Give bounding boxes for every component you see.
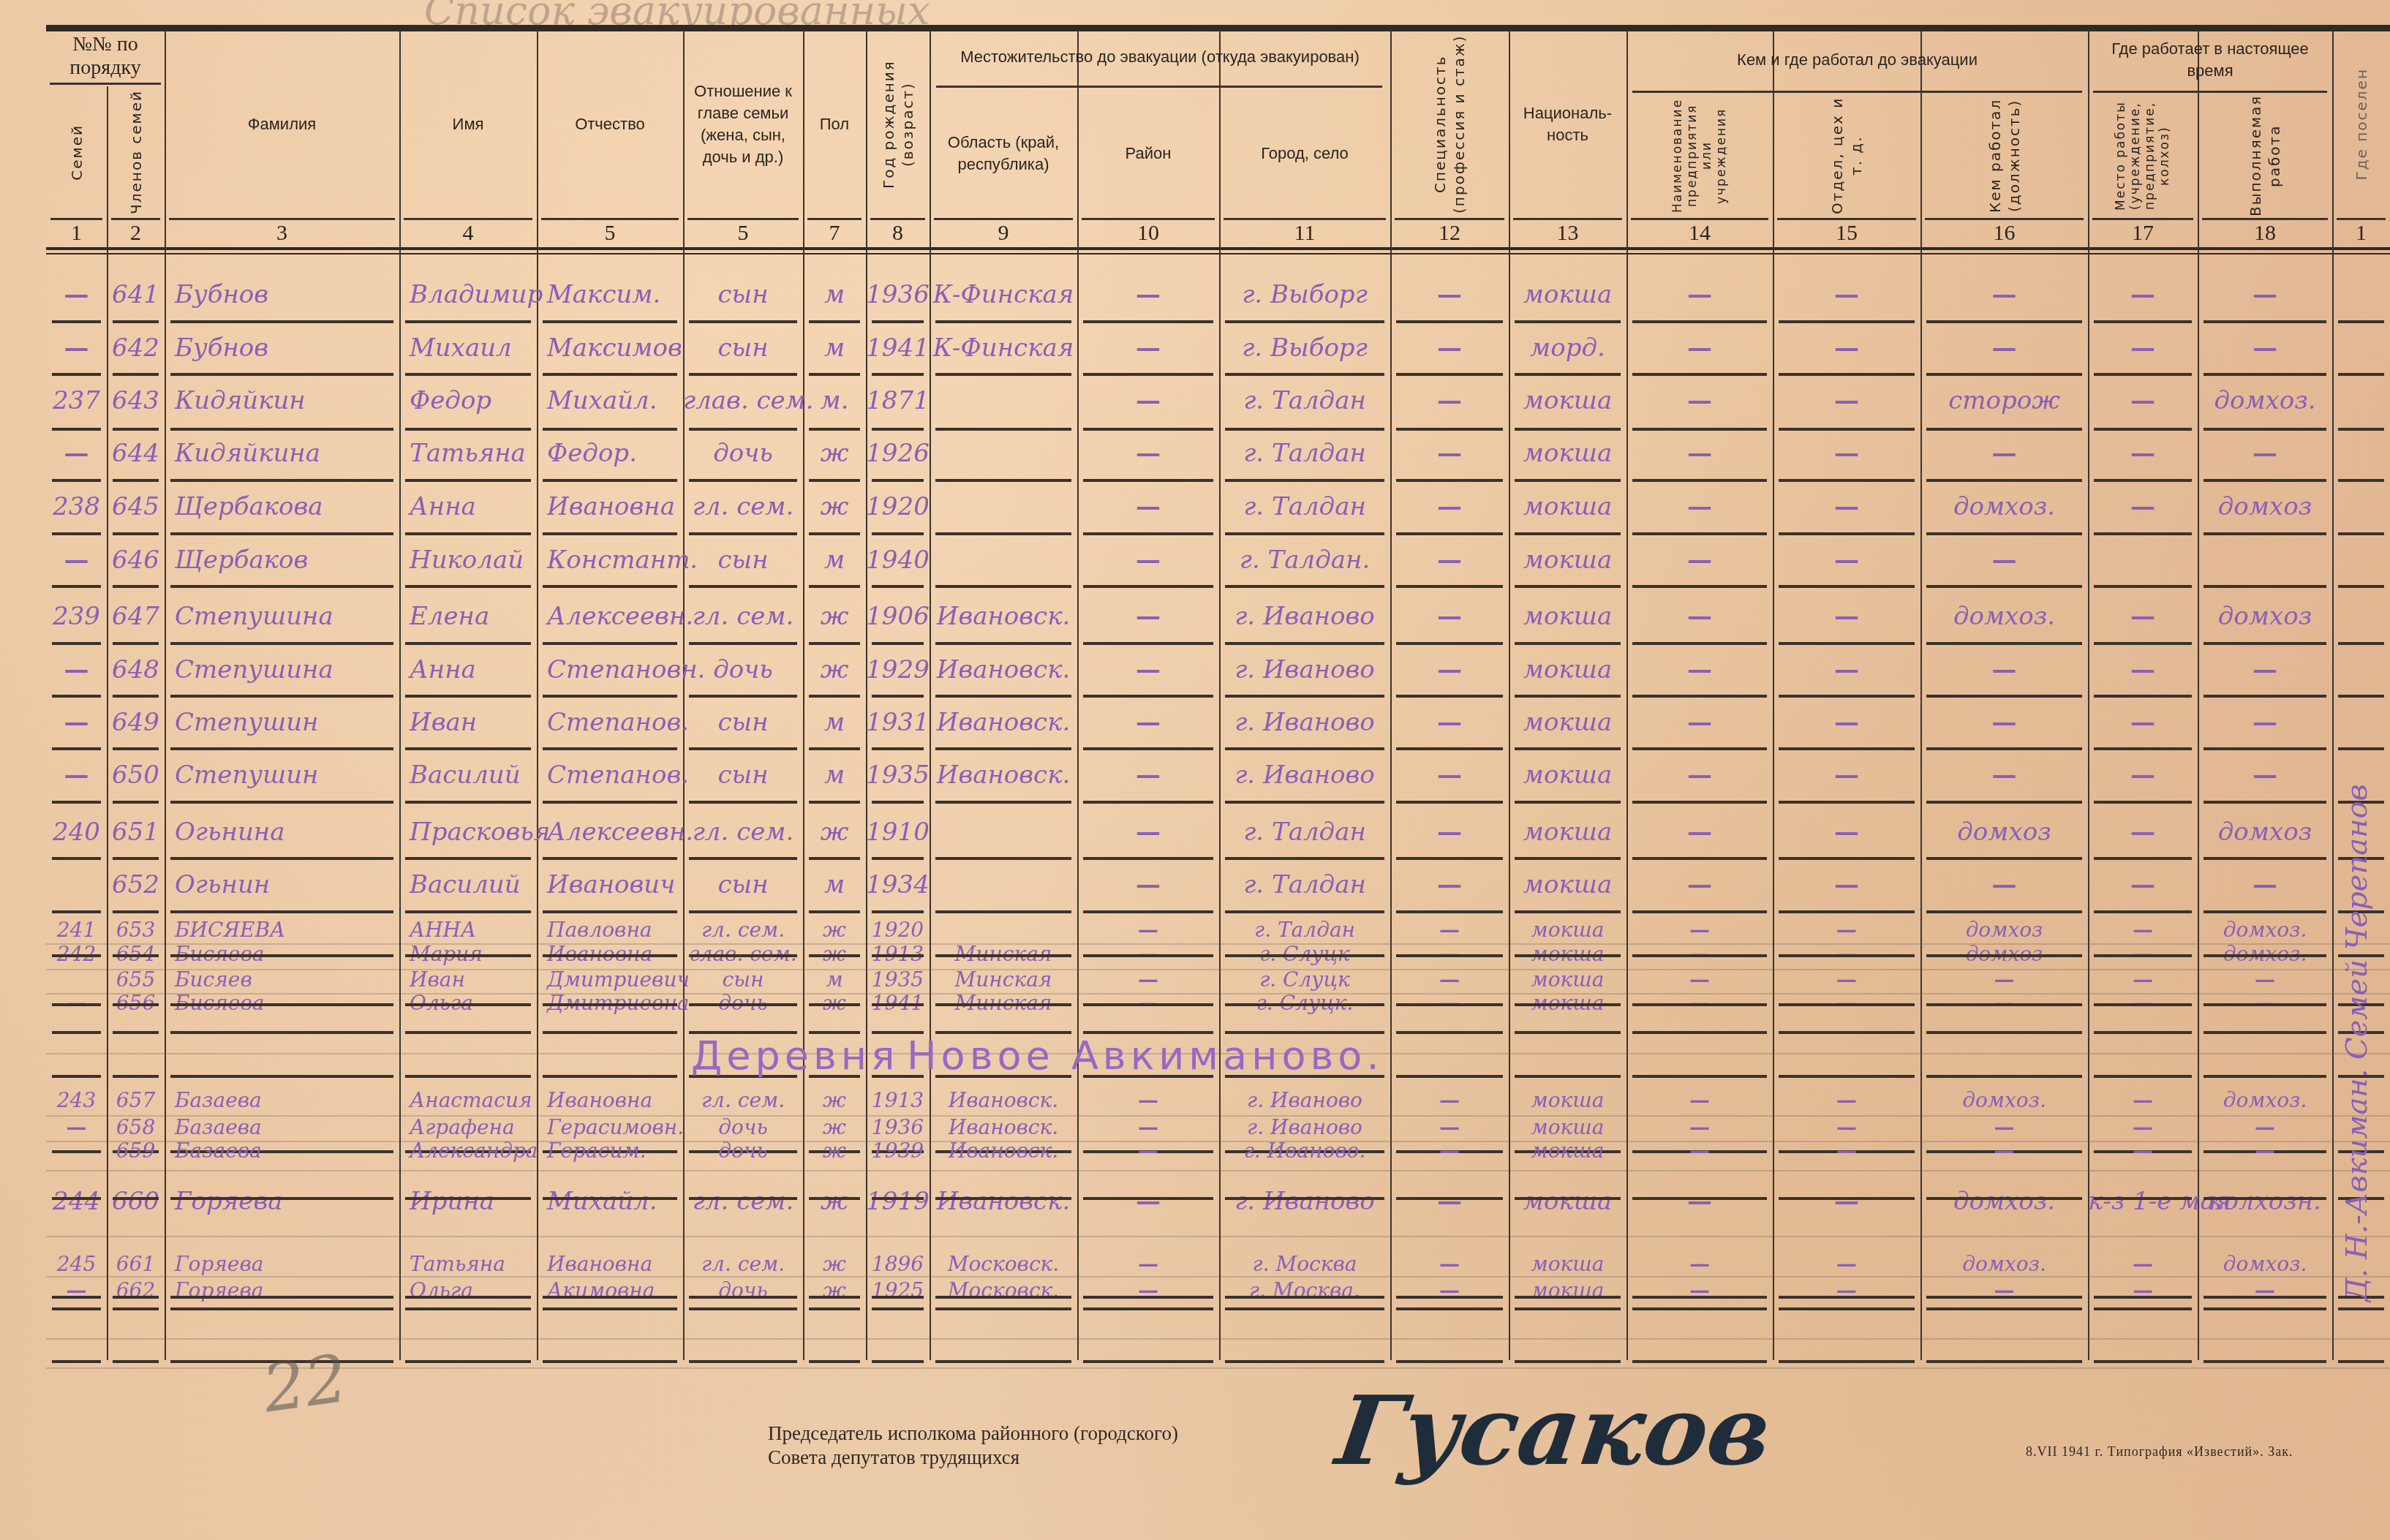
- row-underline: [113, 320, 159, 323]
- cell-dept: —: [1773, 602, 1920, 631]
- column-number: 17: [2088, 221, 2198, 247]
- cell-relation: гл. сем.: [683, 1187, 803, 1216]
- row-underline: [809, 1003, 860, 1006]
- cell-name: Татьяна: [399, 1250, 547, 1279]
- header-col-17: Место работы (учреждение, предприятие, к…: [2088, 94, 2198, 218]
- cell-patronymic: Михайл.: [537, 386, 693, 415]
- cell-dept: —: [1773, 1187, 1920, 1216]
- row-underline: [405, 801, 531, 804]
- cell-sex: ж: [803, 818, 866, 847]
- row-underline: [809, 1307, 860, 1310]
- row-underline: [1396, 1003, 1503, 1006]
- row-underline: [1926, 1197, 2082, 1200]
- row-underline: [2094, 1307, 2192, 1310]
- cell-surname: Степушин: [165, 760, 410, 790]
- row-underline: [52, 1031, 101, 1034]
- row-underline: [2338, 1307, 2384, 1310]
- cell-sex: м: [803, 708, 866, 737]
- cell-relation: гл. сем.: [683, 492, 803, 521]
- cell-workplace: —: [2088, 492, 2198, 521]
- row-underline: [872, 1003, 924, 1006]
- cell-dept: —: [1773, 1276, 1920, 1305]
- cell-dept: —: [1773, 492, 1920, 521]
- cell-name: Елена: [399, 602, 547, 631]
- row-underline: [1926, 642, 2082, 645]
- cell-patronymic: Констант.: [537, 546, 693, 575]
- footer-chairman-line1: Председатель исполкома районного (городс…: [768, 1422, 1178, 1445]
- cell-dept: —: [1773, 818, 1920, 847]
- header-col-8: Год рождения (возраст): [866, 31, 930, 218]
- cell-nationality: мокша: [1509, 1086, 1626, 1115]
- row-underline: [872, 320, 924, 323]
- row-underline: [872, 479, 924, 482]
- header-col-4: Имя: [399, 31, 537, 218]
- colnum-rule: [1513, 218, 1622, 220]
- cell-dept: —: [1773, 1250, 1920, 1279]
- row-underline: [52, 695, 101, 698]
- row-underline: [170, 373, 393, 376]
- cell-year: 1926: [866, 439, 930, 468]
- row-underline: [2094, 857, 2192, 860]
- row-underline: [1779, 954, 1915, 957]
- row-underline: [170, 532, 393, 535]
- colnum-rule: [2337, 218, 2386, 220]
- cell-member: 647: [107, 602, 165, 631]
- cell-position: домхоз.: [1920, 1086, 2088, 1115]
- row-underline: [1083, 320, 1213, 323]
- cell-workplace: —: [2088, 818, 2198, 847]
- cell-nationality: мокша: [1509, 1276, 1626, 1305]
- row-underline: [809, 1296, 860, 1299]
- cell-member: 657: [107, 1086, 165, 1115]
- row-underline: [2204, 320, 2326, 323]
- cell-name: Прасковья: [399, 818, 547, 847]
- row-underline: [1396, 1307, 1503, 1310]
- cell-specialty: —: [1390, 280, 1509, 309]
- row-underline: [405, 320, 531, 323]
- faint-ruling-line: [46, 1170, 2390, 1171]
- cell-enterprise: —: [1626, 439, 1773, 468]
- row-underline: [809, 857, 860, 860]
- row-underline: [405, 428, 531, 431]
- column-number: 12: [1390, 221, 1509, 247]
- cell-enterprise: —: [1626, 546, 1773, 575]
- row-underline: [2204, 954, 2326, 957]
- cell-name: Анна: [399, 655, 547, 684]
- column-number: 2: [107, 221, 165, 247]
- row-underline: [405, 1307, 531, 1310]
- cell-name: Владимир: [399, 280, 547, 309]
- row-underline: [170, 1307, 393, 1310]
- row-underline: [52, 1003, 101, 1006]
- row-underline: [52, 428, 101, 431]
- row-underline: [52, 532, 101, 535]
- row-underline: [1926, 532, 2082, 535]
- cell-patronymic: Степанов.: [537, 760, 693, 790]
- cell-dept: —: [1773, 655, 1920, 684]
- row-underline: [543, 857, 677, 860]
- cell-patronymic: Максимов: [537, 333, 693, 363]
- cell-enterprise: —: [1626, 492, 1773, 521]
- cell-nationality: мокша: [1509, 1187, 1626, 1216]
- cell-member: 646: [107, 546, 165, 575]
- cell-region: К-Финская: [930, 280, 1077, 309]
- cell-name: Василий: [399, 870, 547, 899]
- colnum-rule: [1224, 218, 1386, 220]
- row-underline: [1515, 1296, 1621, 1299]
- row-underline: [1926, 1307, 2082, 1310]
- faint-ruling-line: [46, 969, 2390, 970]
- column-number: 3: [165, 221, 399, 247]
- cell-name: Анна: [399, 492, 547, 521]
- cell-patronymic: Ивановна: [537, 1250, 693, 1279]
- row-underline: [935, 320, 1071, 323]
- row-underline: [809, 954, 860, 957]
- cell-sex: ж: [803, 439, 866, 468]
- cell-patronymic: Ивановна: [537, 1086, 693, 1115]
- row-underline: [1779, 1075, 1915, 1078]
- cell-district: —: [1077, 439, 1219, 468]
- column-number: 11: [1219, 221, 1390, 247]
- row-underline: [52, 1307, 101, 1310]
- row-underline: [1632, 428, 1767, 431]
- row-underline: [1515, 1003, 1621, 1006]
- row-underline: [935, 428, 1071, 431]
- row-underline: [52, 801, 101, 804]
- row-underline: [1515, 801, 1621, 804]
- cell-year: 1936: [866, 280, 930, 309]
- cell-city: г. Талдан: [1219, 818, 1390, 847]
- faint-ruling-line: [46, 1367, 2390, 1369]
- row-underline: [1779, 428, 1915, 431]
- header-bottom-rule-thin: [46, 253, 2390, 254]
- village-heading-name: Новое Авкиманово.: [907, 1033, 1384, 1079]
- row-underline: [1515, 585, 1621, 588]
- colnum-rule: [687, 218, 799, 220]
- cell-nationality: мокша: [1509, 546, 1626, 575]
- row-underline: [405, 479, 531, 482]
- cell-position: —: [1920, 708, 2088, 737]
- cell-member: 649: [107, 708, 165, 737]
- row-underline: [170, 747, 393, 750]
- cell-dept: —: [1773, 386, 1920, 415]
- row-underline: [170, 642, 393, 645]
- row-underline: [872, 695, 924, 698]
- cell-family: 237: [46, 386, 107, 415]
- row-underline: [1632, 747, 1767, 750]
- cell-workplace: —: [2088, 870, 2198, 899]
- cell-district: —: [1077, 1187, 1219, 1216]
- column-number: 1: [46, 221, 107, 247]
- row-underline: [1396, 1197, 1503, 1200]
- cell-city: г. Талдан.: [1219, 546, 1390, 575]
- column-number: 16: [1920, 221, 2088, 247]
- cell-sex: м: [803, 280, 866, 309]
- row-underline: [689, 747, 797, 750]
- cell-position: домхоз.: [1920, 1250, 2088, 1279]
- cell-specialty: —: [1390, 760, 1509, 790]
- cell-member: 645: [107, 492, 165, 521]
- cell-year: 1919: [866, 1187, 930, 1216]
- header-col-14: Наименование предприятия или учреждения: [1626, 94, 1773, 218]
- faint-ruling-line: [46, 1141, 2390, 1142]
- row-underline: [2204, 1197, 2326, 1200]
- cell-specialty: —: [1390, 655, 1509, 684]
- row-underline: [809, 373, 860, 376]
- cell-year: 1896: [866, 1250, 930, 1279]
- cell-family: —: [46, 655, 107, 684]
- row-underline: [52, 857, 101, 860]
- row-underline: [1926, 801, 2082, 804]
- row-underline: [872, 532, 924, 535]
- row-underline: [689, 532, 797, 535]
- cell-sex: ж: [803, 1250, 866, 1279]
- row-underline: [1225, 801, 1384, 804]
- cell-nationality: мокша: [1509, 602, 1626, 631]
- row-underline: [1396, 1031, 1503, 1034]
- cell-district: —: [1077, 492, 1219, 521]
- row-underline: [872, 747, 924, 750]
- colnum-rule: [50, 218, 102, 220]
- row-underline: [1926, 428, 2082, 431]
- row-underline: [809, 747, 860, 750]
- row-underline: [1225, 695, 1384, 698]
- row-underline: [1396, 585, 1503, 588]
- cell-work: колхозн.: [2198, 1187, 2332, 1216]
- header-col-10: Район: [1077, 89, 1219, 218]
- row-underline: [52, 373, 101, 376]
- cell-region: Ивановск.: [930, 1187, 1077, 1216]
- cell-city: г. Иваново: [1219, 1187, 1390, 1216]
- row-underline: [1779, 1307, 1915, 1310]
- row-underline: [1396, 801, 1503, 804]
- cell-sex: м: [803, 546, 866, 575]
- row-underline: [689, 1296, 797, 1299]
- cell-patronymic: Акимовна: [537, 1276, 693, 1305]
- row-underline: [170, 1296, 393, 1299]
- header-subrule-work-now: [2093, 91, 2327, 93]
- cell-district: —: [1077, 655, 1219, 684]
- row-underline: [543, 532, 677, 535]
- cell-sex: ж: [803, 1187, 866, 1216]
- colnum-rule: [2092, 218, 2193, 220]
- row-underline: [935, 695, 1071, 698]
- row-underline: [405, 747, 531, 750]
- cell-relation: гл. сем.: [683, 1250, 803, 1279]
- row-underline: [1926, 695, 2082, 698]
- cell-name: Татьяна: [399, 439, 547, 468]
- cell-relation: дочь: [683, 655, 803, 684]
- cell-position: —: [1920, 760, 2088, 790]
- row-underline: [543, 373, 677, 376]
- faint-ruling-line: [46, 943, 2390, 945]
- cell-district: —: [1077, 1250, 1219, 1279]
- row-underline: [170, 910, 393, 913]
- cell-work: —: [2198, 870, 2332, 899]
- row-underline: [872, 428, 924, 431]
- cell-region: Ивановск.: [930, 1086, 1077, 1115]
- row-underline: [2094, 1003, 2192, 1006]
- row-underline: [809, 695, 860, 698]
- cell-dept: —: [1773, 760, 1920, 790]
- header-col-relation: Отношение к главе семьи (жена, сын, дочь…: [683, 31, 803, 218]
- row-underline: [1225, 373, 1384, 376]
- row-underline: [935, 1197, 1071, 1200]
- cell-nationality: мокша: [1509, 655, 1626, 684]
- pencil-annotation-top: Список эвакуированных: [424, 0, 1375, 26]
- cell-specialty: —: [1390, 602, 1509, 631]
- row-underline: [113, 1307, 159, 1310]
- row-underline: [543, 1075, 677, 1078]
- row-underline: [1632, 1003, 1767, 1006]
- cell-city: г. Талдан: [1219, 870, 1390, 899]
- cell-work: —: [2198, 333, 2332, 363]
- row-underline: [935, 532, 1071, 535]
- row-underline: [1632, 1296, 1767, 1299]
- chairman-signature: Гусаков: [1330, 1375, 1778, 1487]
- cell-surname: Степушин: [165, 708, 410, 737]
- cell-position: сторож: [1920, 386, 2088, 415]
- cell-patronymic: Алексеевн.: [537, 818, 693, 847]
- row-underline: [1779, 1360, 1915, 1363]
- row-underline: [1396, 320, 1503, 323]
- row-underline: [689, 320, 797, 323]
- row-underline: [2204, 1360, 2326, 1363]
- row-underline: [1083, 373, 1213, 376]
- row-underline: [543, 642, 677, 645]
- row-underline: [935, 1360, 1071, 1363]
- footer-print-info: 8.VII 1941 г. Типография «Известий». Зак…: [2026, 1444, 2293, 1460]
- cell-surname: Бубнов: [165, 333, 410, 363]
- row-underline: [1396, 747, 1503, 750]
- cell-dept: —: [1773, 708, 1920, 737]
- cell-workplace: —: [2088, 386, 2198, 415]
- cell-relation: дочь: [683, 439, 803, 468]
- cell-position: —: [1920, 1276, 2088, 1305]
- row-underline: [1779, 1296, 1915, 1299]
- cell-district: —: [1077, 708, 1219, 737]
- cell-member: 661: [107, 1250, 165, 1279]
- row-underline: [1515, 532, 1621, 535]
- cell-nationality: мокша: [1509, 818, 1626, 847]
- row-underline: [689, 428, 797, 431]
- row-underline: [2094, 428, 2192, 431]
- row-underline: [872, 1307, 924, 1310]
- row-underline: [872, 801, 924, 804]
- cell-district: —: [1077, 602, 1219, 631]
- cell-position: —: [1920, 280, 2088, 309]
- cell-member: 650: [107, 760, 165, 790]
- cell-year: 1925: [866, 1276, 930, 1305]
- row-underline: [1225, 428, 1384, 431]
- cell-city: г. Иваново: [1219, 1086, 1390, 1115]
- cell-workplace: к-з 1-е мая: [2088, 1187, 2198, 1216]
- row-underline: [2094, 910, 2192, 913]
- row-underline: [543, 1307, 677, 1310]
- row-underline: [170, 1003, 393, 1006]
- cell-sex: м: [803, 870, 866, 899]
- cell-year: 1934: [866, 870, 930, 899]
- row-underline: [1632, 954, 1767, 957]
- row-underline: [689, 1360, 797, 1363]
- cell-position: —: [1920, 870, 2088, 899]
- cell-city: г. Иваново: [1219, 760, 1390, 790]
- cell-member: 641: [107, 280, 165, 309]
- cell-nationality: мокша: [1509, 386, 1626, 415]
- cell-year: 1941: [866, 333, 930, 363]
- row-underline: [2204, 428, 2326, 431]
- cell-surname: Горяева: [165, 1187, 410, 1216]
- row-underline: [872, 1296, 924, 1299]
- cell-workplace: —: [2088, 760, 2198, 790]
- cell-region: Ивановск.: [930, 760, 1077, 790]
- row-underline: [543, 801, 677, 804]
- row-underline: [1632, 910, 1767, 913]
- row-underline: [2094, 1197, 2192, 1200]
- column-number: 9: [930, 221, 1077, 247]
- row-underline: [872, 857, 924, 860]
- row-underline: [543, 910, 677, 913]
- cell-family: 244: [46, 1187, 107, 1216]
- colnum-rule: [2202, 218, 2328, 220]
- row-underline: [2204, 910, 2326, 913]
- cell-position: домхоз: [1920, 818, 2088, 847]
- row-underline: [809, 1360, 860, 1363]
- row-underline: [52, 747, 101, 750]
- row-underline: [1632, 1307, 1767, 1310]
- cell-district: —: [1077, 760, 1219, 790]
- cell-district: —: [1077, 546, 1219, 575]
- cell-surname: Бубнов: [165, 280, 410, 309]
- cell-specialty: —: [1390, 333, 1509, 363]
- row-underline: [2204, 1307, 2326, 1310]
- row-underline: [170, 954, 393, 957]
- cell-position: домхоз.: [1920, 602, 2088, 631]
- row-underline: [405, 532, 531, 535]
- cell-relation: сын: [683, 280, 803, 309]
- cell-member: 648: [107, 655, 165, 684]
- cell-nationality: мокша: [1509, 760, 1626, 790]
- cell-surname: Огьнина: [165, 818, 410, 847]
- row-underline: [1515, 373, 1621, 376]
- row-underline: [1225, 532, 1384, 535]
- row-underline: [2094, 1031, 2192, 1034]
- row-underline: [1396, 1075, 1503, 1078]
- row-underline: [1779, 642, 1915, 645]
- cell-relation: сын: [683, 870, 803, 899]
- column-number: 14: [1626, 221, 1773, 247]
- cell-surname: Горяева: [165, 1276, 410, 1305]
- cell-work: домхоз: [2198, 602, 2332, 631]
- row-underline: [1225, 642, 1384, 645]
- row-underline: [1926, 1031, 2082, 1034]
- cell-family: 239: [46, 602, 107, 631]
- row-underline: [1083, 1360, 1213, 1363]
- row-underline: [689, 585, 797, 588]
- cell-patronymic: Максим.: [537, 280, 693, 309]
- cell-family: —: [46, 546, 107, 575]
- row-underline: [689, 642, 797, 645]
- row-underline: [935, 585, 1071, 588]
- row-underline: [2204, 747, 2326, 750]
- cell-specialty: —: [1390, 546, 1509, 575]
- row-underline: [1926, 954, 2082, 957]
- colnum-rule: [541, 218, 679, 220]
- row-underline: [1632, 801, 1767, 804]
- row-underline: [2094, 1296, 2192, 1299]
- row-underline: [52, 479, 101, 482]
- cell-position: —: [1920, 546, 2088, 575]
